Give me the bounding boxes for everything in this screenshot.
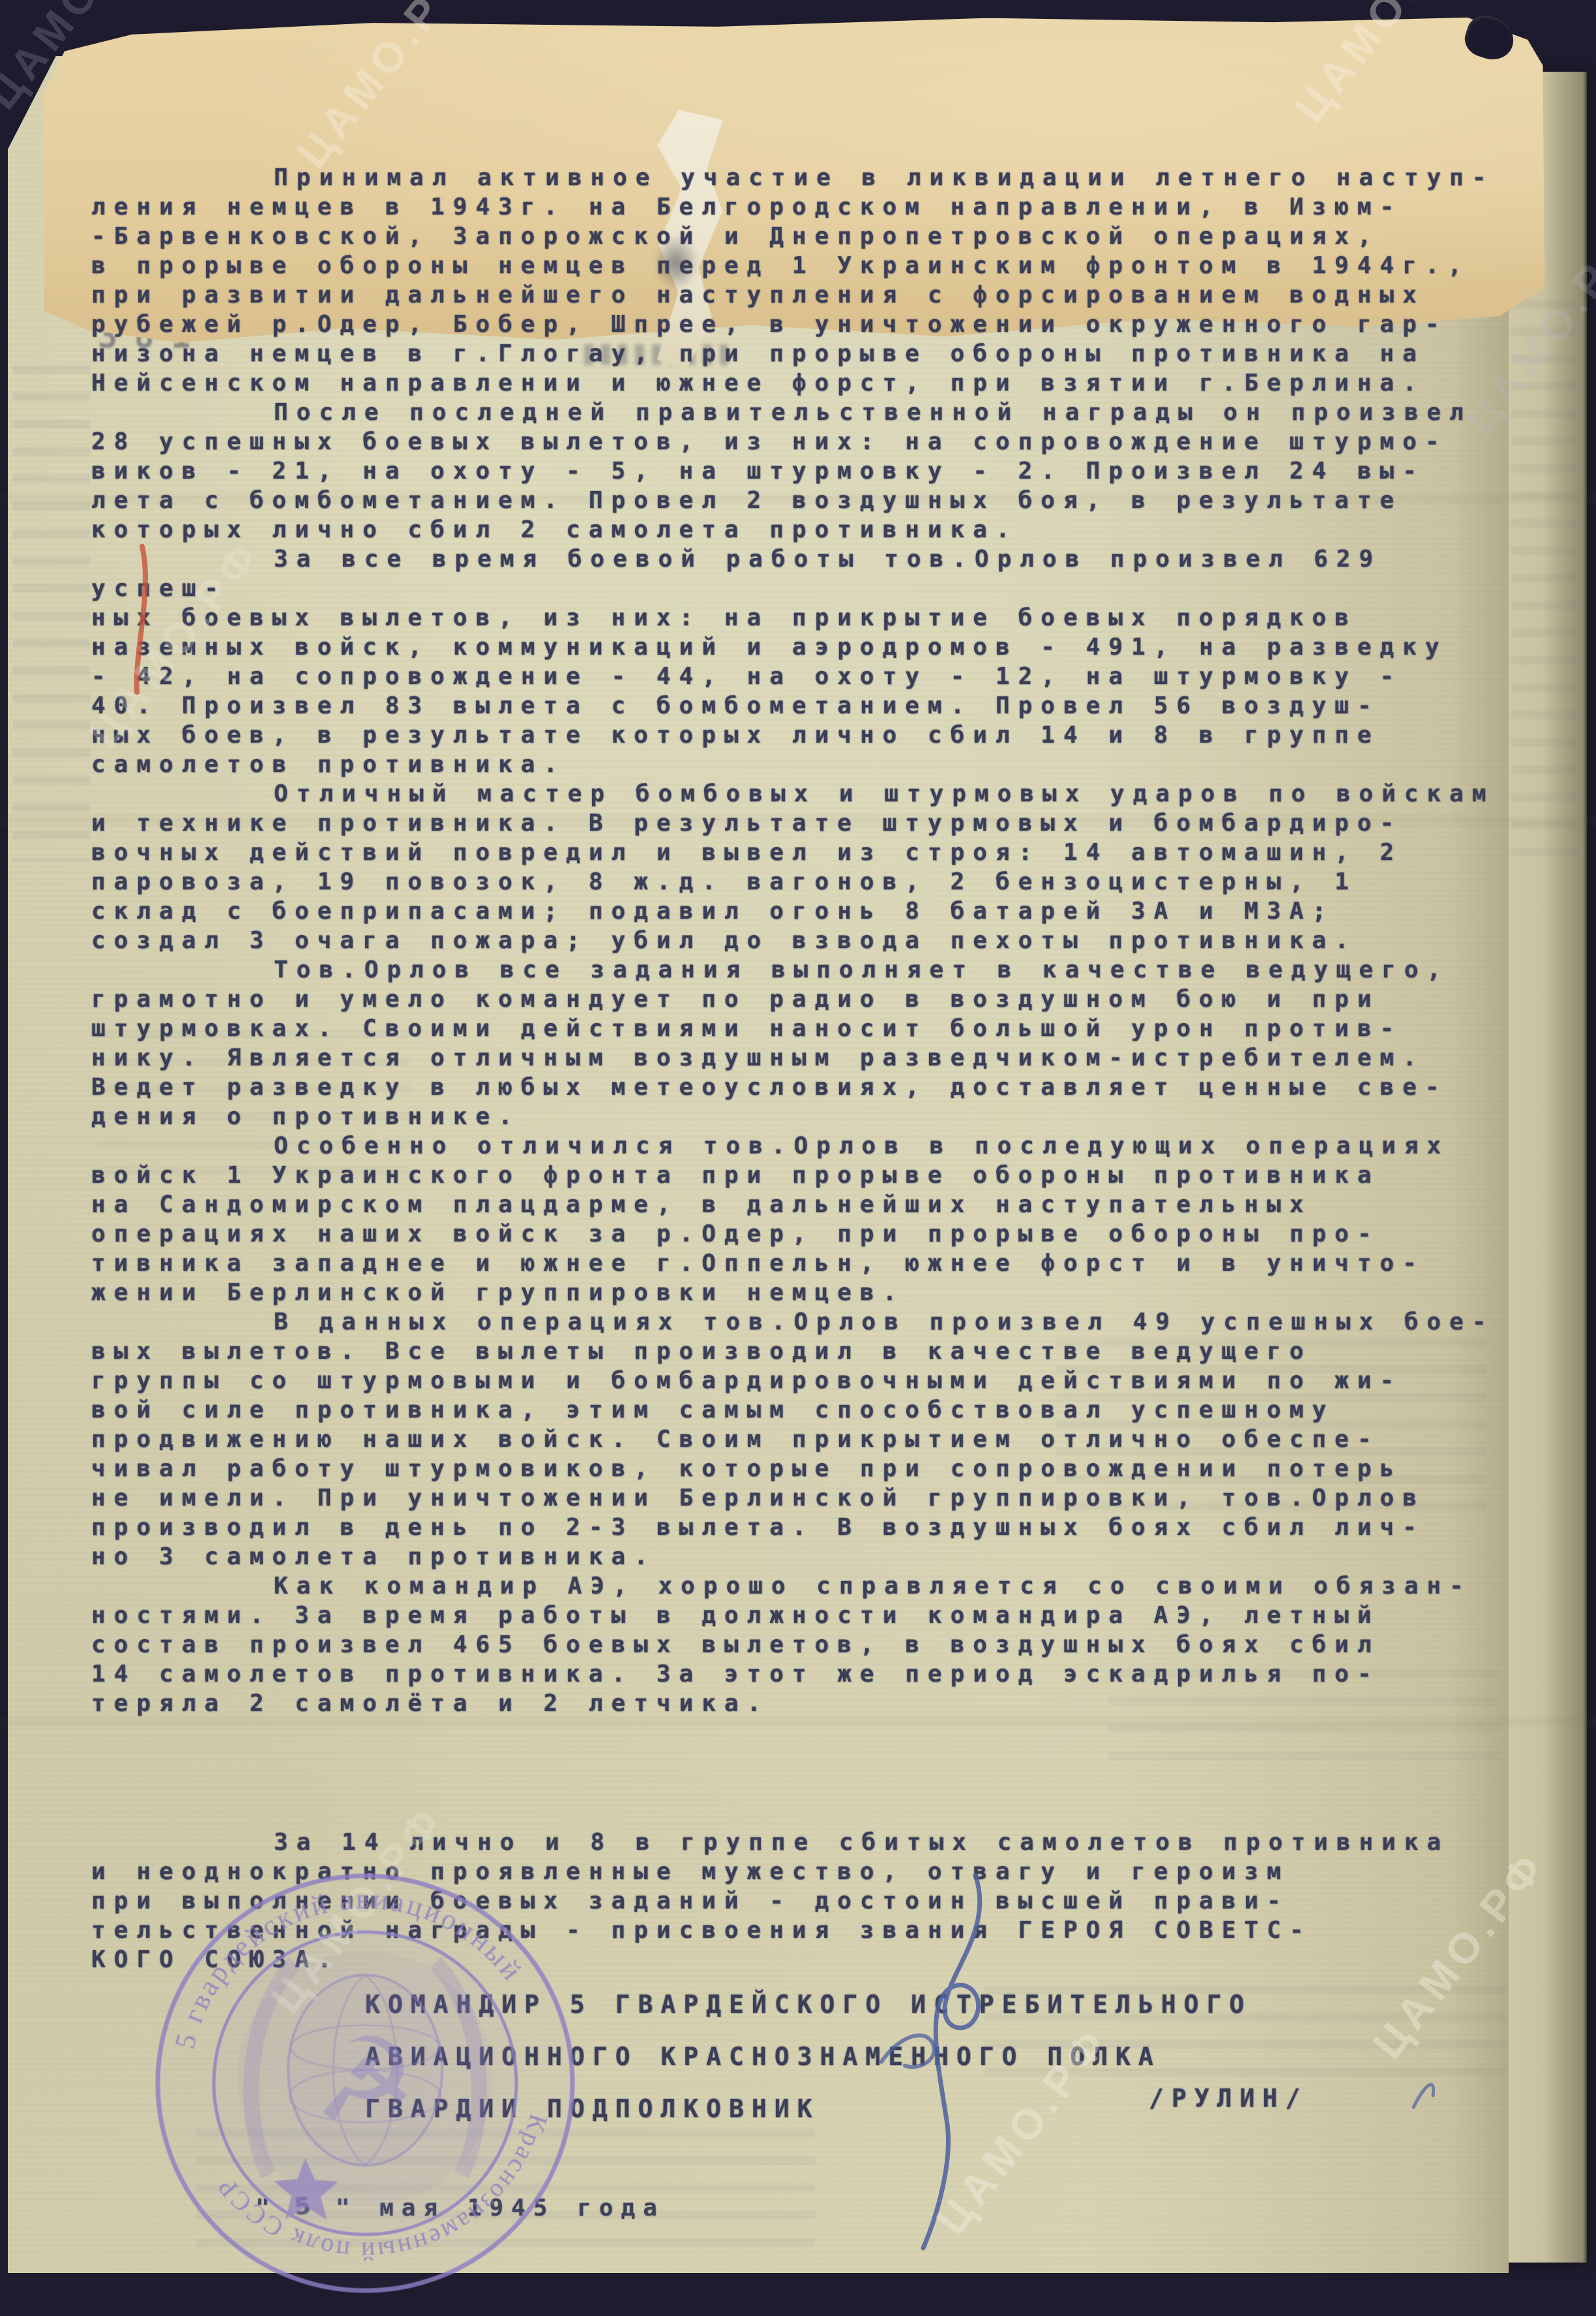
red-margin-mark [137, 546, 145, 692]
ink-overlay: 5 гвардейский авиационный Краснознаменны… [0, 0, 1596, 2316]
round-stamp: 5 гвардейский авиационный Краснознаменны… [158, 1876, 572, 2291]
scanned-document: 381 Принимал активное участие в ликвидац… [0, 0, 1596, 2316]
hammer-sickle-glyph: ☭ [313, 2013, 417, 2148]
ussr-coat-of-arms: ☭ [237, 1951, 493, 2206]
pen-tick [1413, 2085, 1434, 2107]
handwritten-signature [881, 1875, 1434, 2248]
